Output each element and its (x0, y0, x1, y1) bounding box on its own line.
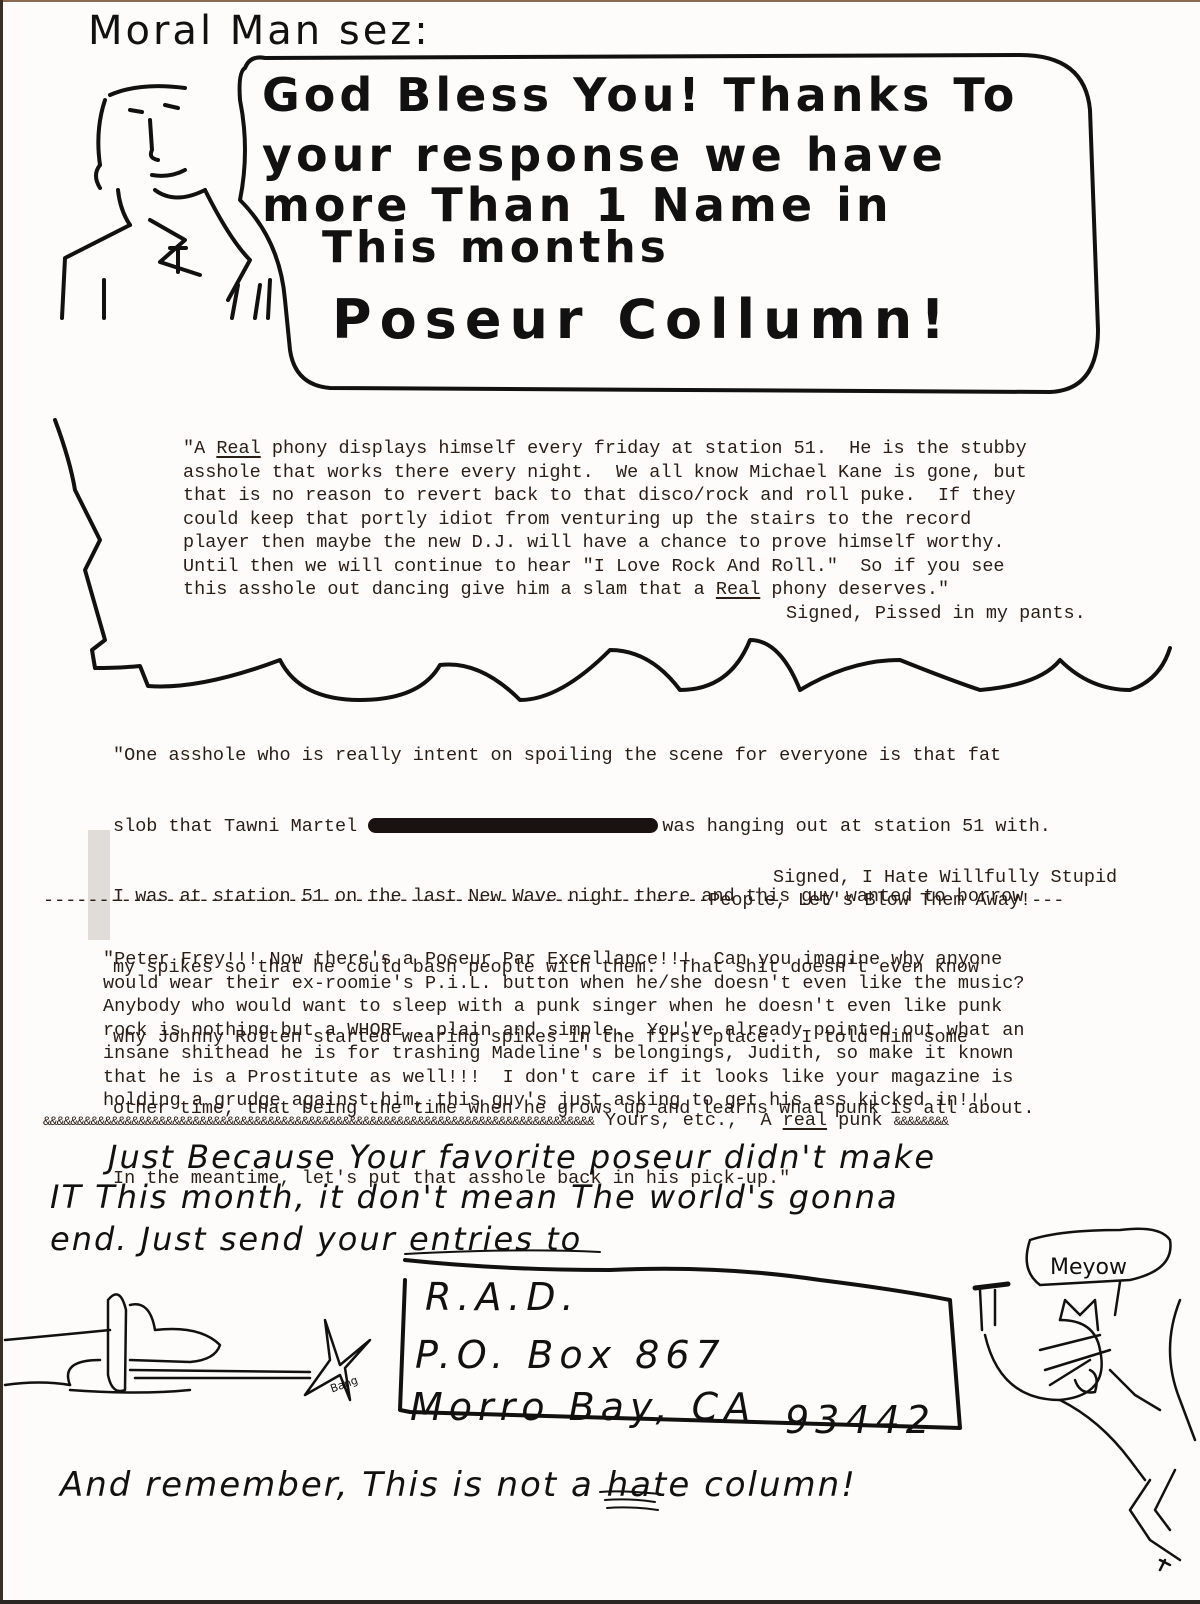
letter-line: insane shithead he is for trashing Madel… (103, 1042, 1024, 1066)
letter-line: Until then we will continue to hear "I L… (183, 555, 1027, 579)
speech-bubble-line: God Bless You! Thanks To (262, 68, 1018, 122)
letter-line: could keep that portly idiot from ventur… (183, 508, 1027, 532)
redaction-mark (368, 818, 658, 833)
speech-bubble-line: This months (322, 222, 670, 273)
page-edge (0, 0, 1200, 2)
letter-line: that is no reason to revert back to that… (183, 484, 1027, 508)
emphasis-not: not (496, 1465, 558, 1505)
letter-line: holding a grudge against him, this guy's… (103, 1089, 1024, 1113)
letter-line: would wear their ex-roomie's P.i.L. butt… (103, 972, 1024, 996)
letter-1-signature: Signed, Pissed in my pants. (786, 603, 1086, 624)
cartoon-header: Moral Man sez: (88, 8, 431, 54)
footer-line: Just Because Your favorite poseur didn't… (108, 1138, 936, 1176)
footer-line: end. Just send your entries to (50, 1220, 582, 1258)
footer-line: IT This month, it don't mean The world's… (50, 1178, 899, 1216)
letter-line: "Peter Frey!!! Now there's a Poseur Par … (103, 948, 1024, 972)
gun-drawing (5, 1294, 370, 1400)
letter-3-signature: &&&&&&&&&&&&&&&&&&&&&&&&&&&&&&&&&&&&&&&&… (43, 1110, 948, 1131)
letter-2-signature-rule: ----------------------------------------… (43, 890, 1064, 911)
smudge (88, 830, 110, 940)
closing-line: And remember, This is not a hate column! (60, 1465, 857, 1505)
speech-bubble-line: your response we have (262, 128, 947, 182)
moral-man-drawing (62, 86, 270, 318)
letter-line: "A Real phony displays himself every fri… (183, 437, 1027, 461)
address-city: Morro Bay, CA (410, 1385, 756, 1429)
letter-3: "Peter Frey!!! Now there's a Poseur Par … (103, 948, 1024, 1113)
address-zip: 93442 (785, 1398, 936, 1442)
address-name: R.A.D. (425, 1275, 580, 1319)
letter-line: rock is nothing but a WHORE...plain and … (103, 1019, 1024, 1043)
page-edge (0, 0, 3, 1604)
letter-line: this asshole out dancing give him a slam… (183, 578, 1027, 602)
letter-2-signature: Signed, I Hate Willfully Stupid (773, 867, 1117, 888)
letter-line: slob that Tawni Martel was hanging out a… (113, 815, 1051, 839)
cat-speech: Meyow (1050, 1255, 1127, 1280)
letter-line: player then maybe the new D.J. will have… (183, 531, 1027, 555)
page-edge (0, 1600, 1200, 1604)
letter-line: "One asshole who is really intent on spo… (113, 744, 1051, 768)
letter-1: "A Real phony displays himself every fri… (183, 437, 1027, 602)
speech-bubble-line: Poseur Collumn! (332, 288, 953, 351)
letter-line: Anybody who would want to sleep with a p… (103, 995, 1024, 1019)
address-po-box: P.O. Box 867 (415, 1333, 726, 1377)
letter-line: that he is a Prostitute as well!!! I don… (103, 1066, 1024, 1090)
letter-line: asshole that works there every night. We… (183, 461, 1027, 485)
gun-sound: Bang (329, 1374, 360, 1396)
